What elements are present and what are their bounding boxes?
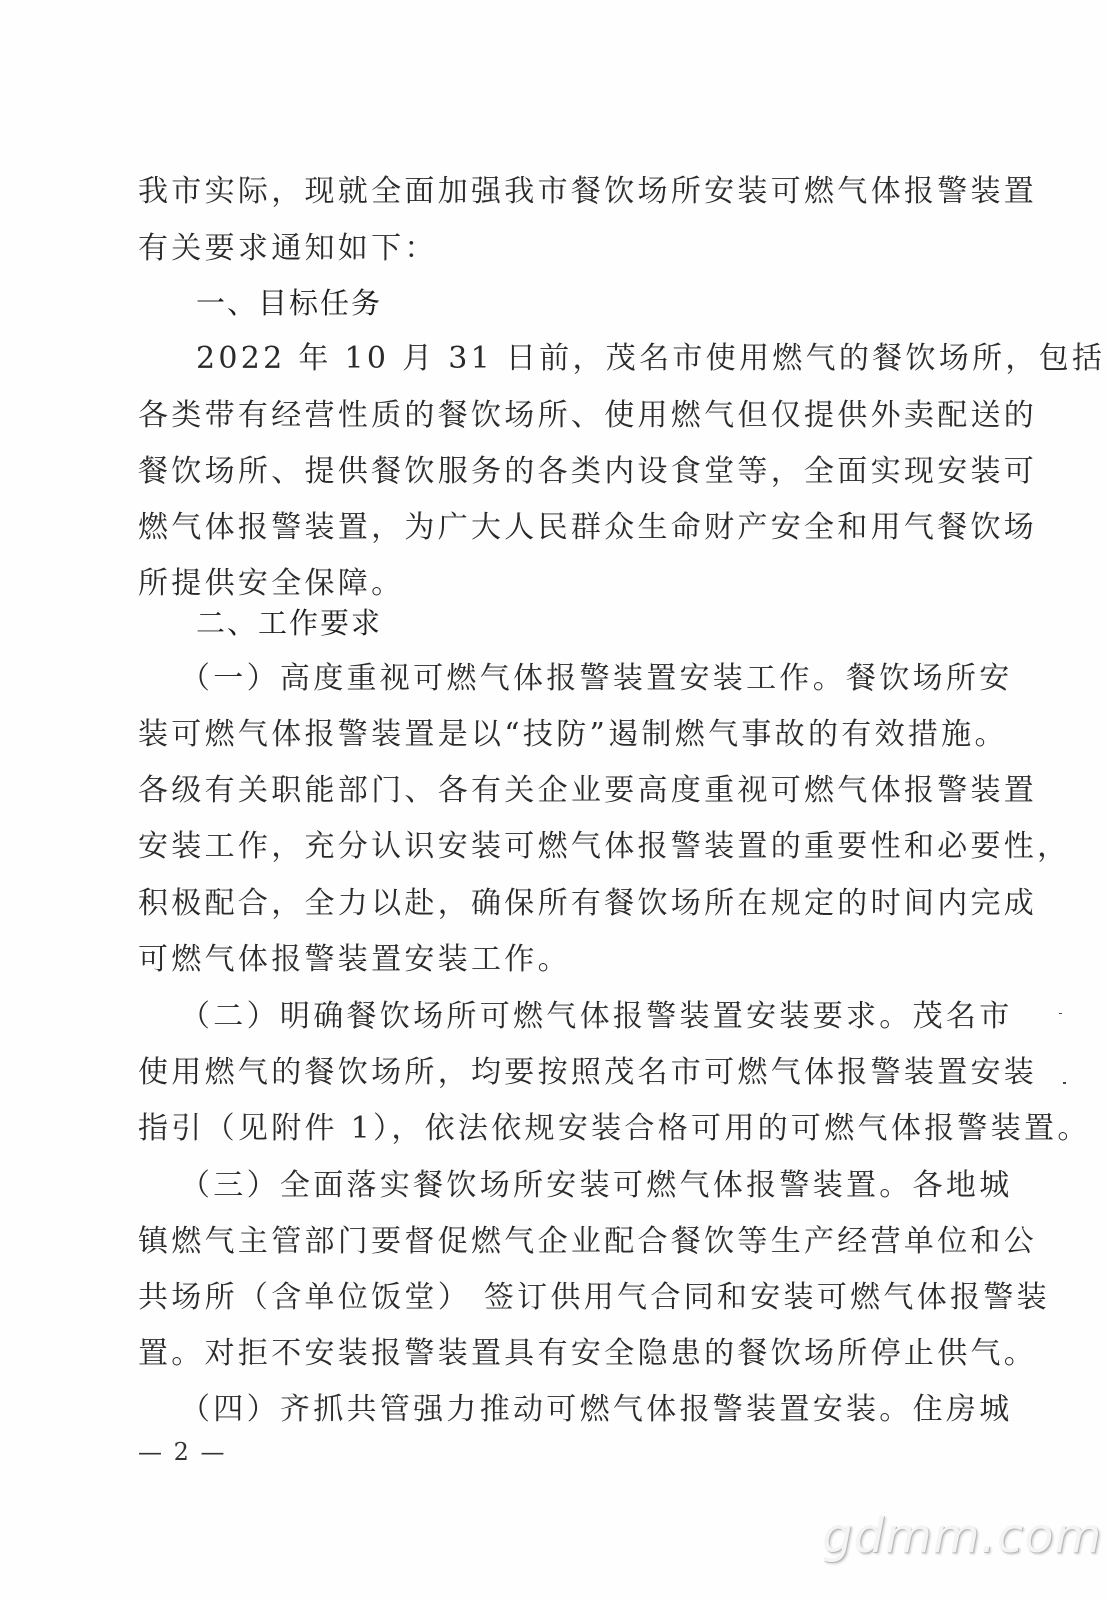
section-heading-goals: 一、目标任务 [196,283,953,323]
body-text-line: 燃气体报警装置，为广大人民群众生命财产安全和用气餐饮场 [138,508,953,548]
body-text-line: 置。对拒不安装报警装置具有安全隐患的餐饮场所停止供气。 [138,1334,953,1374]
body-text-line: 装可燃气体报警装置是以“技防”遏制燃气事故的有效措施。 [138,715,953,755]
body-text-line: 餐饮场所、提供餐饮服务的各类内设食堂等，全面实现安装可 [138,452,953,492]
body-text-line: （四）齐抓共管强力推动可燃气体报警装置安装。住房城 [180,1390,995,1430]
body-text-line: 有关要求通知如下： [138,229,953,269]
document-page: 我市实际，现就全面加强我市餐饮场所安装可燃气体报警装置 有关要求通知如下： 一、… [0,0,1108,1600]
body-text-line: 可燃气体报警装置安装工作。 [138,940,953,980]
body-text-line: 使用燃气的餐饮场所，均要按照茂名市可燃气体报警装置安装 [138,1053,953,1093]
section-heading-requirements: 二、工作要求 [196,603,953,643]
body-text-line: （三）全面落实餐饮场所安装可燃气体报警装置。各地城 [180,1166,995,1206]
page-number: — 2 — [138,1438,227,1466]
body-text-line: 各类带有经营性质的餐饮场所、使用燃气但仅提供外卖配送的 [138,396,953,436]
body-text-line: 2022 年 10 月 31 日前，茂名市使用燃气的餐饮场所，包括 [196,339,953,379]
body-text-line: 指引（见附件 1），依法依规安装合格可用的可燃气体报警装置。 [138,1109,953,1149]
body-text-line: 积极配合，全力以赴，确保所有餐饮场所在规定的时间内完成 [138,884,953,924]
body-text-line: 安装工作，充分认识安装可燃气体报警装置的重要性和必要性， [138,827,953,867]
watermark-logo: gdmm.com [822,1508,1102,1564]
body-text-line: （二）明确餐饮场所可燃气体报警装置安装要求。茂名市 [180,997,995,1037]
body-text-line: 我市实际，现就全面加强我市餐饮场所安装可燃气体报警装置 [138,172,953,212]
body-text-line: 共场所（含单位饭堂） 签订供用气合同和安装可燃气体报警装 [138,1278,953,1318]
body-text-line: 镇燃气主管部门要督促燃气企业配合餐饮等生产经营单位和公 [138,1222,953,1262]
scan-speck [1063,1082,1066,1084]
body-text-line: 所提供安全保障。 [138,564,953,604]
body-text-line: （一）高度重视可燃气体报警装置安装工作。餐饮场所安 [180,659,995,699]
body-text-line: 各级有关职能部门、各有关企业要高度重视可燃气体报警装置 [138,771,953,811]
scan-speck [1059,1013,1062,1014]
